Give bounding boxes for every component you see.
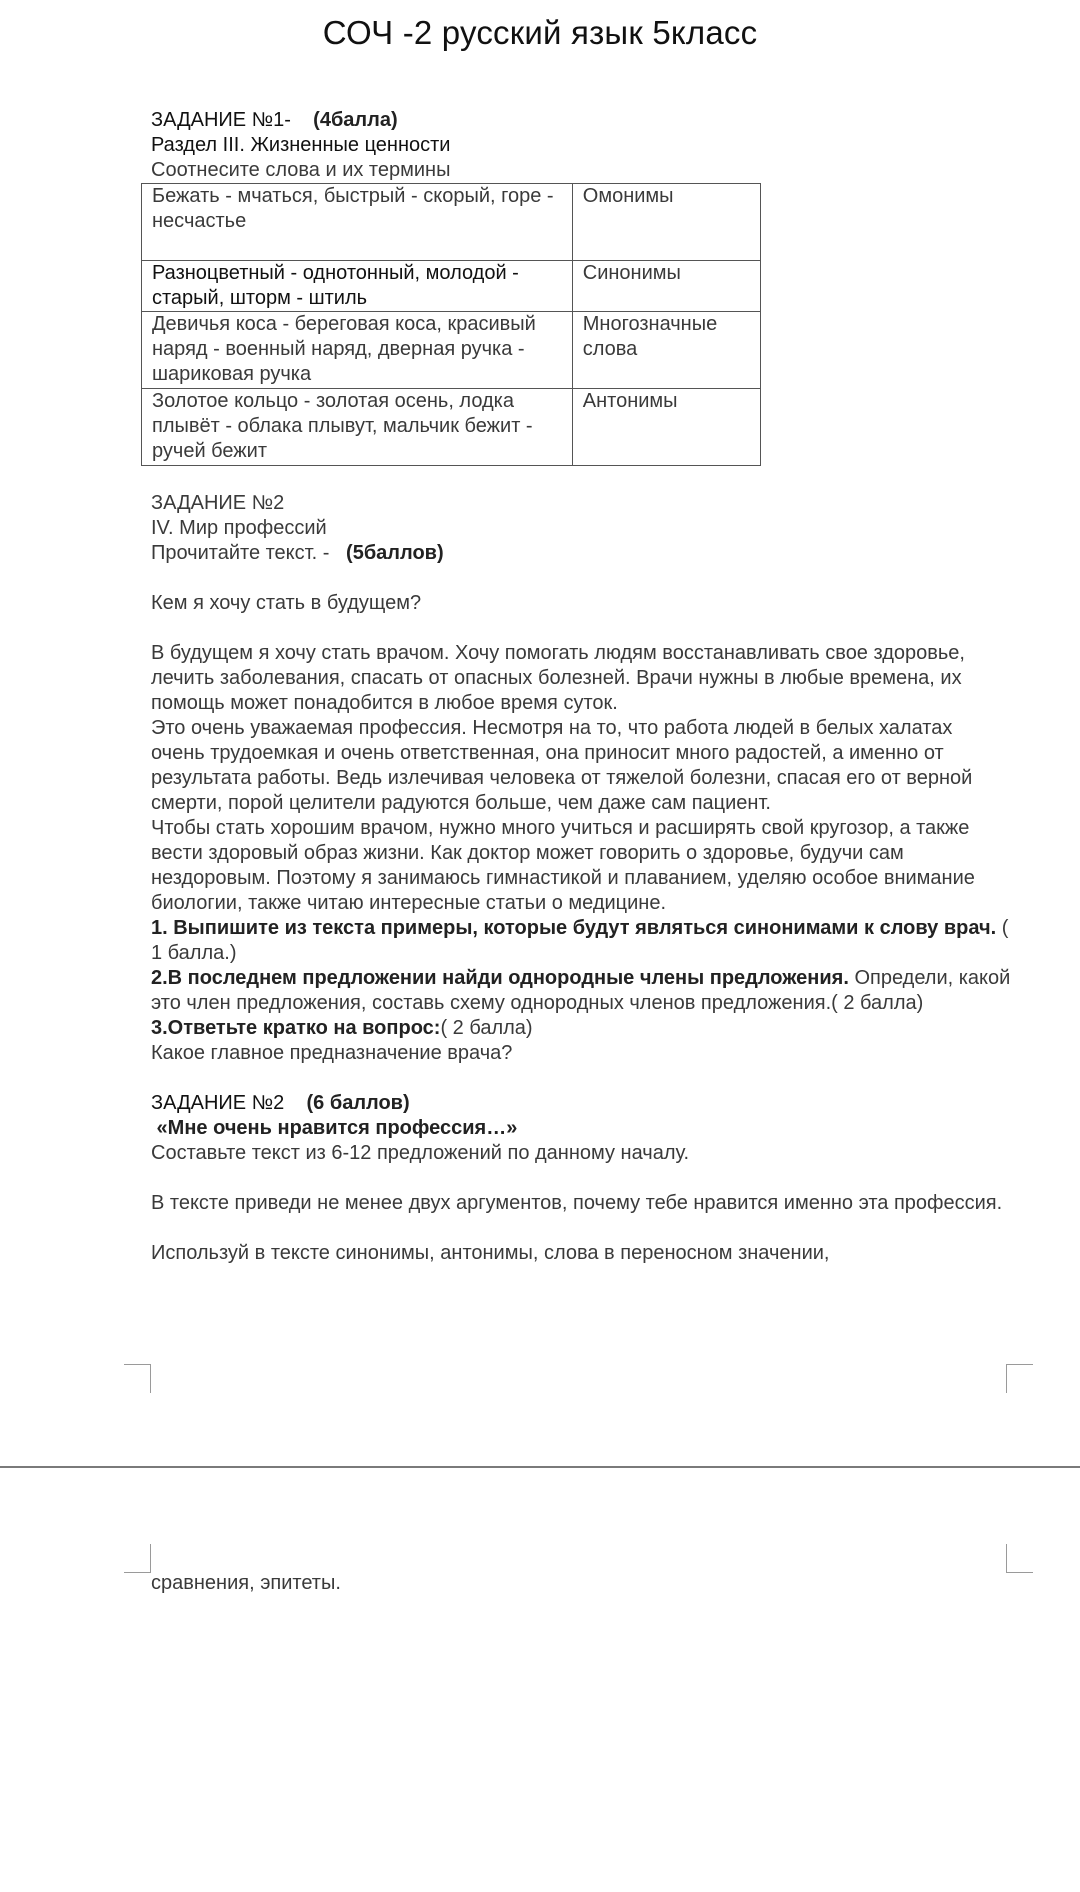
task1-heading: ЗАДАНИЕ №1- (4балла) [151, 108, 1011, 133]
text-paragraph: Это очень уважаемая профессия. Несмотря … [151, 716, 1011, 816]
text-title: Кем я хочу стать в будущем? [151, 591, 1011, 616]
task1-title: ЗАДАНИЕ №1- [151, 109, 291, 131]
question-2: 2.В последнем предложении найди однородн… [151, 966, 1011, 1016]
task2-instruction-line: Прочитайте текст. - (5баллов) [151, 541, 1011, 566]
task1-section: Раздел III. Жизненные ценности [151, 133, 1011, 158]
page-break-divider [0, 1466, 1080, 1468]
table-row: Бежать - мчаться, быстрый - скорый, горе… [142, 184, 761, 261]
question-2-text: 2.В последнем предложении найди однородн… [151, 967, 849, 989]
margin-corner-mark [124, 1364, 151, 1393]
term-cell: Синонимы [572, 261, 760, 312]
words-cell: Золотое кольцо - золотая осень, лодка пл… [142, 389, 573, 466]
task3-points: (6 баллов) [307, 1092, 410, 1114]
document-body: ЗАДАНИЕ №1- (4балла) Раздел III. Жизненн… [151, 108, 1011, 1266]
task3-instruction: Составьте текст из 6-12 предложений по д… [151, 1141, 1011, 1166]
text-paragraph: Чтобы стать хорошим врачом, нужно много … [151, 816, 1011, 916]
task1-points: (4балла) [313, 109, 397, 131]
task3-heading: ЗАДАНИЕ №2 [151, 1092, 284, 1114]
task3-topic: «Мне очень нравится профессия…» [151, 1116, 1011, 1141]
term-cell: Антонимы [572, 389, 760, 466]
question-3: 3.Ответьте кратко на вопрос:( 2 балла) [151, 1016, 1011, 1041]
margin-corner-mark [1006, 1364, 1033, 1393]
words-cell: Бежать - мчаться, быстрый - скорый, горе… [142, 184, 573, 261]
margin-corner-mark [1006, 1544, 1033, 1573]
task3-requirement-2: Используй в тексте синонимы, антонимы, с… [151, 1241, 1011, 1266]
term-cell: Многозначные слова [572, 312, 760, 389]
words-cell: Девичья коса - береговая коса, красивый … [142, 312, 573, 389]
margin-corner-mark [124, 1544, 151, 1573]
question-1: 1. Выпишите из текста примеры, которые б… [151, 916, 1011, 966]
table-row: Золотое кольцо - золотая осень, лодка пл… [142, 389, 761, 466]
task2-heading: ЗАДАНИЕ №2 [151, 491, 1011, 516]
task2-section: IV. Мир профессий [151, 516, 1011, 541]
task3-requirement-1: В тексте приведи не менее двух аргументо… [151, 1191, 1011, 1216]
table-row: Разноцветный - однотонный, молодой - ста… [142, 261, 761, 312]
text-paragraph: В будущем я хочу стать врачом. Хочу помо… [151, 641, 1011, 716]
question-3-points: ( 2 балла) [440, 1017, 532, 1039]
document-title: СОЧ -2 русский язык 5класс [0, 14, 1080, 52]
question-3-prompt: Какое главное предназначение врача? [151, 1041, 1011, 1066]
task2-instruction: Прочитайте текст. - [151, 542, 329, 564]
task3-requirement-2-continued: сравнения, эпитеты. [151, 1571, 341, 1596]
task3-heading-line: ЗАДАНИЕ №2 (6 баллов) [151, 1091, 1011, 1116]
task1-instruction: Соотнесите слова и их термины [151, 158, 1011, 183]
question-1-text: 1. Выпишите из текста примеры, которые б… [151, 917, 996, 939]
table-row: Девичья коса - береговая коса, красивый … [142, 312, 761, 389]
term-cell: Омонимы [572, 184, 760, 261]
question-3-text: 3.Ответьте кратко на вопрос: [151, 1017, 440, 1039]
words-cell: Разноцветный - однотонный, молодой - ста… [142, 261, 573, 312]
task2-points: (5баллов) [346, 542, 444, 564]
terms-table: Бежать - мчаться, быстрый - скорый, горе… [141, 183, 761, 466]
